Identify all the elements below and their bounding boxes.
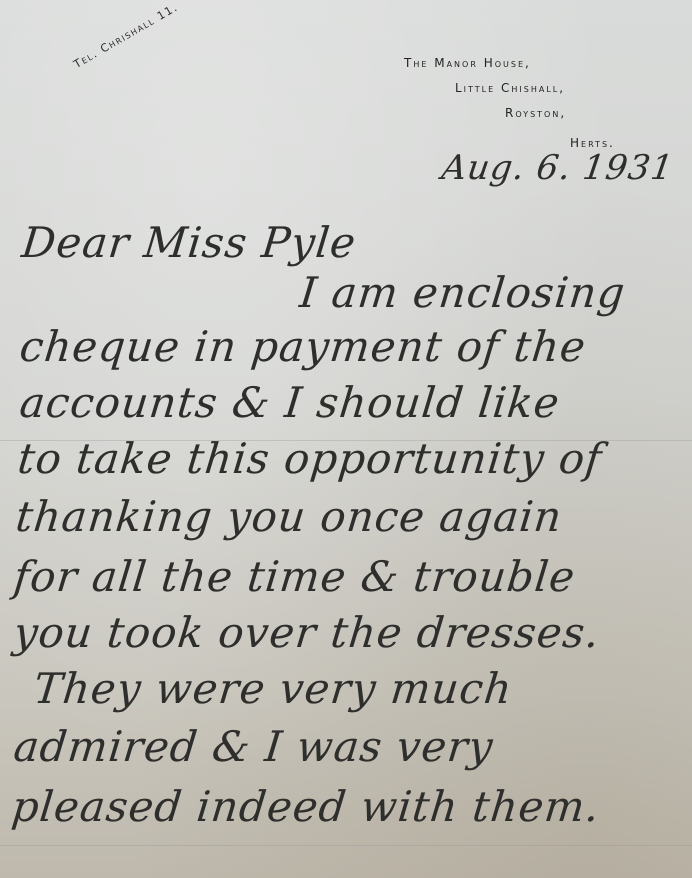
body-line-8: They were very much	[31, 664, 514, 713]
salutation: Dear Miss Pyle	[19, 218, 358, 267]
body-line-3: accounts & I should like	[17, 378, 562, 427]
letterhead-address-line-3: Royston,	[505, 106, 566, 120]
body-line-9: admired & I was very	[11, 722, 495, 771]
body-line-5: thanking you once again	[13, 492, 564, 541]
body-line-2: cheque in payment of the	[17, 322, 588, 371]
paper-fold-line	[0, 845, 692, 846]
letter-date: Aug. 6. 1931	[439, 148, 676, 188]
body-line-4: to take this opportunity of	[15, 434, 604, 483]
body-line-10: pleased indeed with them.	[9, 782, 602, 831]
body-line-7: you took over the dresses.	[11, 608, 602, 657]
letterhead-address-line-1: The Manor House,	[404, 56, 531, 70]
body-line-1: I am enclosing	[297, 268, 627, 317]
letterhead-address-line-2: Little Chishall,	[455, 81, 565, 95]
body-line-6: for all the time & trouble	[11, 552, 577, 601]
